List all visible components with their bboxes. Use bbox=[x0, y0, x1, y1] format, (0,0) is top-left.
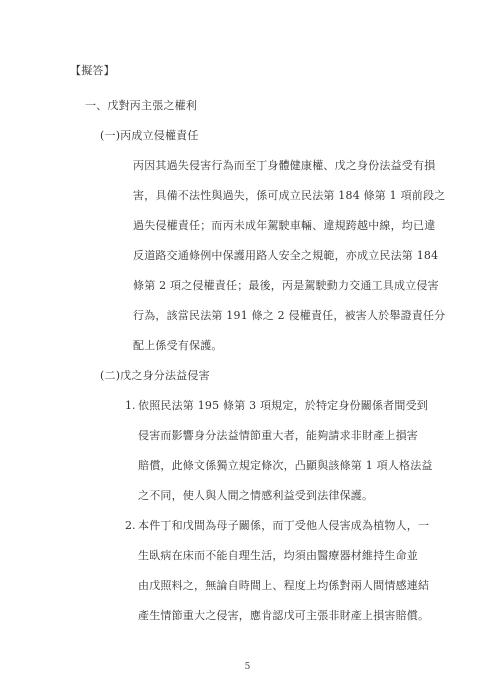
text-line: 生臥病在床而不能自理生活，均須由醫療器材維持生命並 bbox=[138, 541, 429, 571]
text-line: 配上係受有保護。 bbox=[133, 331, 440, 361]
text-line: 丙因其過失侵害行為而至丁身體健康權、戊之身份法益受有損 bbox=[133, 151, 440, 181]
text-line: 之不同，使人與人間之情感利益受到法律保護。 bbox=[138, 481, 433, 511]
text-line: 由戊照料之，無論自時間上、程度上均係對兩人間情感連結 bbox=[138, 571, 429, 601]
subsection-1-paragraph: 丙因其過失侵害行為而至丁身體健康權、戊之身份法益受有損害，具備不法性與過失，係可… bbox=[133, 151, 440, 361]
text-line: 行為，該當民法第 191 條之 2 侵權責任，被害人於舉證責任分 bbox=[133, 301, 440, 331]
text-lines: (一)丙成立侵權責任 bbox=[100, 121, 440, 151]
section-1-title: 一、戊對丙主張之權利 bbox=[85, 91, 440, 121]
text-lines: 丙因其過失侵害行為而至丁身體健康權、戊之身份法益受有損害，具備不法性與過失，係可… bbox=[133, 151, 440, 361]
subsection-2-title: (二)戊之身分法益侵害 bbox=[100, 361, 440, 391]
text-line: 賠償，此條文係獨立規定條次，凸顯與該條第 1 項人格法益 bbox=[138, 451, 433, 481]
subsection-1-title: (一)丙成立侵權責任 bbox=[100, 121, 440, 151]
list-item-1: 1.依照民法第 195 條第 3 項規定，於特定身份關係者間受到侵害而影響身分法… bbox=[125, 391, 440, 511]
list-marker: 2. bbox=[125, 511, 138, 541]
text-line: 害，具備不法性與過失，係可成立民法第 184 條第 1 項前段之 bbox=[133, 181, 440, 211]
text-line: 一、戊對丙主張之權利 bbox=[85, 91, 440, 121]
text-line: 反道路交通條例中保護用路人安全之規範，亦成立民法第 184 bbox=[133, 241, 440, 271]
text-line: 本件丁和戊間為母子關係，而丁受他人侵害成為植物人，一 bbox=[138, 511, 429, 541]
document-content: 【擬答】一、戊對丙主張之權利(一)丙成立侵權責任丙因其過失侵害行為而至丁身體健康… bbox=[70, 56, 440, 631]
text-line: 侵害而影響身分法益情節重大者，能夠請求非財產上損害 bbox=[138, 421, 433, 451]
list-item-2: 2.本件丁和戊間為母子關係，而丁受他人侵害成為植物人，一生臥病在床而不能自理生活… bbox=[125, 511, 440, 631]
answer-heading: 【擬答】 bbox=[70, 56, 440, 86]
text-lines: 本件丁和戊間為母子關係，而丁受他人侵害成為植物人，一生臥病在床而不能自理生活，均… bbox=[138, 511, 429, 631]
text-lines: 依照民法第 195 條第 3 項規定，於特定身份關係者間受到侵害而影響身分法益情… bbox=[138, 391, 433, 511]
text-lines: (二)戊之身分法益侵害 bbox=[100, 361, 440, 391]
text-line: 條第 2 項之侵權責任；最後，丙是駕駛動力交通工具成立侵害 bbox=[133, 271, 440, 301]
text-lines: 一、戊對丙主張之權利 bbox=[85, 91, 440, 121]
text-line: (二)戊之身分法益侵害 bbox=[100, 361, 440, 391]
text-line: 產生情節重大之侵害，應肯認戊可主張非財產上損害賠償。 bbox=[138, 601, 429, 631]
text-line: (一)丙成立侵權責任 bbox=[100, 121, 440, 151]
text-line: 【擬答】 bbox=[70, 56, 440, 86]
page-number: 5 bbox=[0, 662, 495, 672]
text-line: 過失侵權責任；而丙未成年駕駛車輛、違規跨越中線，均已違 bbox=[133, 211, 440, 241]
list-marker: 1. bbox=[125, 391, 138, 421]
text-lines: 【擬答】 bbox=[70, 56, 440, 86]
document-page: 【擬答】一、戊對丙主張之權利(一)丙成立侵權責任丙因其過失侵害行為而至丁身體健康… bbox=[0, 0, 495, 700]
text-line: 依照民法第 195 條第 3 項規定，於特定身份關係者間受到 bbox=[138, 391, 433, 421]
